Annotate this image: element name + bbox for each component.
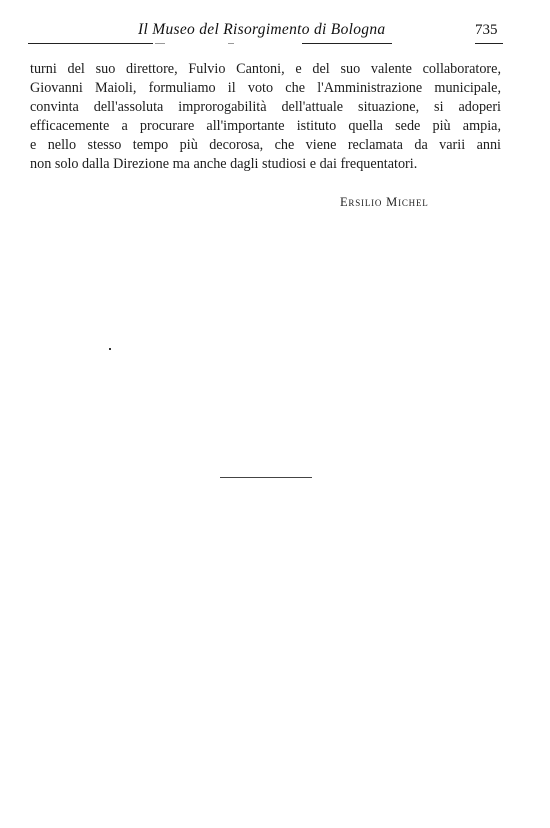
- header-rule-fragment: [155, 43, 165, 44]
- text-line: Giovanni Maioli, formuliamo il voto che …: [30, 79, 501, 98]
- page-number-underline: [475, 43, 503, 44]
- body-paragraph: turni del suo direttore, Fulvio Cantoni,…: [30, 60, 501, 174]
- section-end-rule: [220, 477, 312, 478]
- header-rule: [28, 43, 153, 44]
- running-title: Il Museo del Risorgimento di Bologna: [138, 21, 385, 39]
- text-line: e nello stesso tempo più decorosa, che v…: [30, 136, 501, 155]
- document-page: Il Museo del Risorgimento di Bologna 735…: [0, 0, 550, 828]
- text-line: turni del suo direttore, Fulvio Cantoni,…: [30, 60, 501, 79]
- text-line: non solo dalla Direzione ma anche dagli …: [30, 155, 501, 174]
- text-line: convinta dell'assoluta improrogabilità d…: [30, 98, 501, 117]
- header-rule: [302, 43, 392, 44]
- scan-speck: [109, 348, 111, 350]
- page-number: 735: [475, 22, 498, 39]
- text-line: efficacemente a procurare all'importante…: [30, 117, 501, 136]
- header-rule-fragment: [228, 43, 234, 44]
- author-signature: Ersilio Michel: [340, 195, 429, 210]
